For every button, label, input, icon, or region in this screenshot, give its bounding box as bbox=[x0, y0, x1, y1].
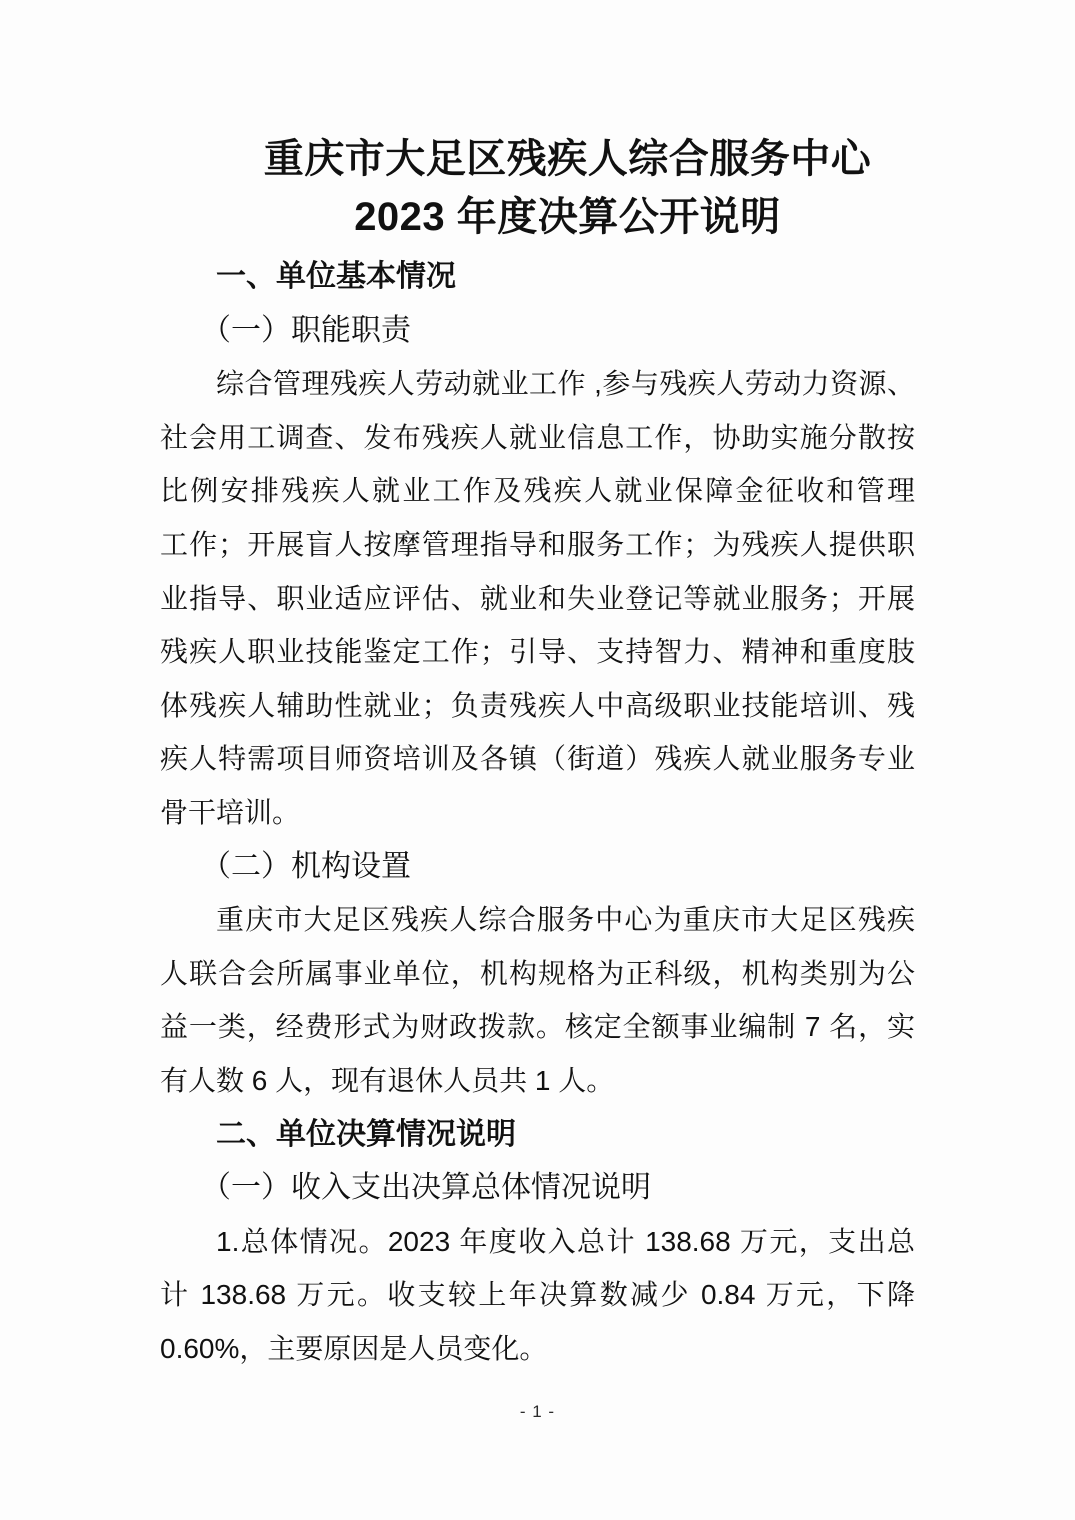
paragraph-line: 疾人特需项目师资培训及各镇（街道）残疾人就业服务专业 bbox=[160, 732, 915, 786]
paragraph-line: 社会用工调查、发布残疾人就业信息工作，协助实施分散按 bbox=[160, 411, 915, 465]
paragraph-line: 益一类，经费形式为财政拨款。核定全额事业编制 7 名，实 bbox=[160, 1000, 915, 1054]
paragraph-line: 计 138.68 万元。收支较上年决算数减少 0.84 万元，下降 bbox=[160, 1268, 915, 1322]
section-2-paragraph-1: 1.总体情况。2023 年度收入总计 138.68 万元，支出总 计 138.6… bbox=[160, 1215, 915, 1376]
title-line-1: 重庆市大足区残疾人综合服务中心 bbox=[190, 130, 945, 188]
section-1-sub-1-heading: （一）职能职责 bbox=[160, 304, 915, 358]
section-2-heading: 二、单位决算情况说明 bbox=[160, 1108, 915, 1162]
title-line-2: 2023 年度决算公开说明 bbox=[190, 188, 945, 246]
paragraph-line: 残疾人职业技能鉴定工作；引导、支持智力、精神和重度肢 bbox=[160, 625, 915, 679]
paragraph-line: 综合管理残疾人劳动就业工作 ,参与残疾人劳动力资源、 bbox=[160, 357, 915, 411]
section-2-sub-1-heading: （一）收入支出决算总体情况说明 bbox=[160, 1161, 915, 1215]
document-content: 重庆市大足区残疾人综合服务中心 2023 年度决算公开说明 一、单位基本情况 （… bbox=[160, 130, 915, 1375]
document-title: 重庆市大足区残疾人综合服务中心 2023 年度决算公开说明 bbox=[190, 130, 945, 246]
paragraph-line: 工作；开展盲人按摩管理指导和服务工作；为残疾人提供职 bbox=[160, 518, 915, 572]
paragraph-line: 重庆市大足区残疾人综合服务中心为重庆市大足区残疾 bbox=[160, 893, 915, 947]
section-1-heading: 一、单位基本情况 bbox=[160, 250, 915, 304]
paragraph-line: 体残疾人辅助性就业；负责残疾人中高级职业技能培训、残 bbox=[160, 679, 915, 733]
paragraph-line: 业指导、职业适应评估、就业和失业登记等就业服务；开展 bbox=[160, 572, 915, 626]
paragraph-line: 比例安排残疾人就业工作及残疾人就业保障金征收和管理 bbox=[160, 464, 915, 518]
section-1-sub-2-heading: （二）机构设置 bbox=[160, 840, 915, 894]
paragraph-line: 人联合会所属事业单位，机构规格为正科级，机构类别为公 bbox=[160, 947, 915, 1001]
page-number: - 1 - bbox=[0, 1402, 1075, 1422]
paragraph-line: 0.60%，主要原因是人员变化。 bbox=[160, 1322, 915, 1376]
paragraph-line: 骨干培训。 bbox=[160, 786, 915, 840]
section-1-paragraph-1: 综合管理残疾人劳动就业工作 ,参与残疾人劳动力资源、 社会用工调查、发布残疾人就… bbox=[160, 357, 915, 839]
paragraph-line: 1.总体情况。2023 年度收入总计 138.68 万元，支出总 bbox=[160, 1215, 915, 1269]
paragraph-line: 有人数 6 人，现有退休人员共 1 人。 bbox=[160, 1054, 915, 1108]
section-1-paragraph-2: 重庆市大足区残疾人综合服务中心为重庆市大足区残疾 人联合会所属事业单位，机构规格… bbox=[160, 893, 915, 1107]
document-page: 重庆市大足区残疾人综合服务中心 2023 年度决算公开说明 一、单位基本情况 （… bbox=[0, 0, 1075, 1520]
